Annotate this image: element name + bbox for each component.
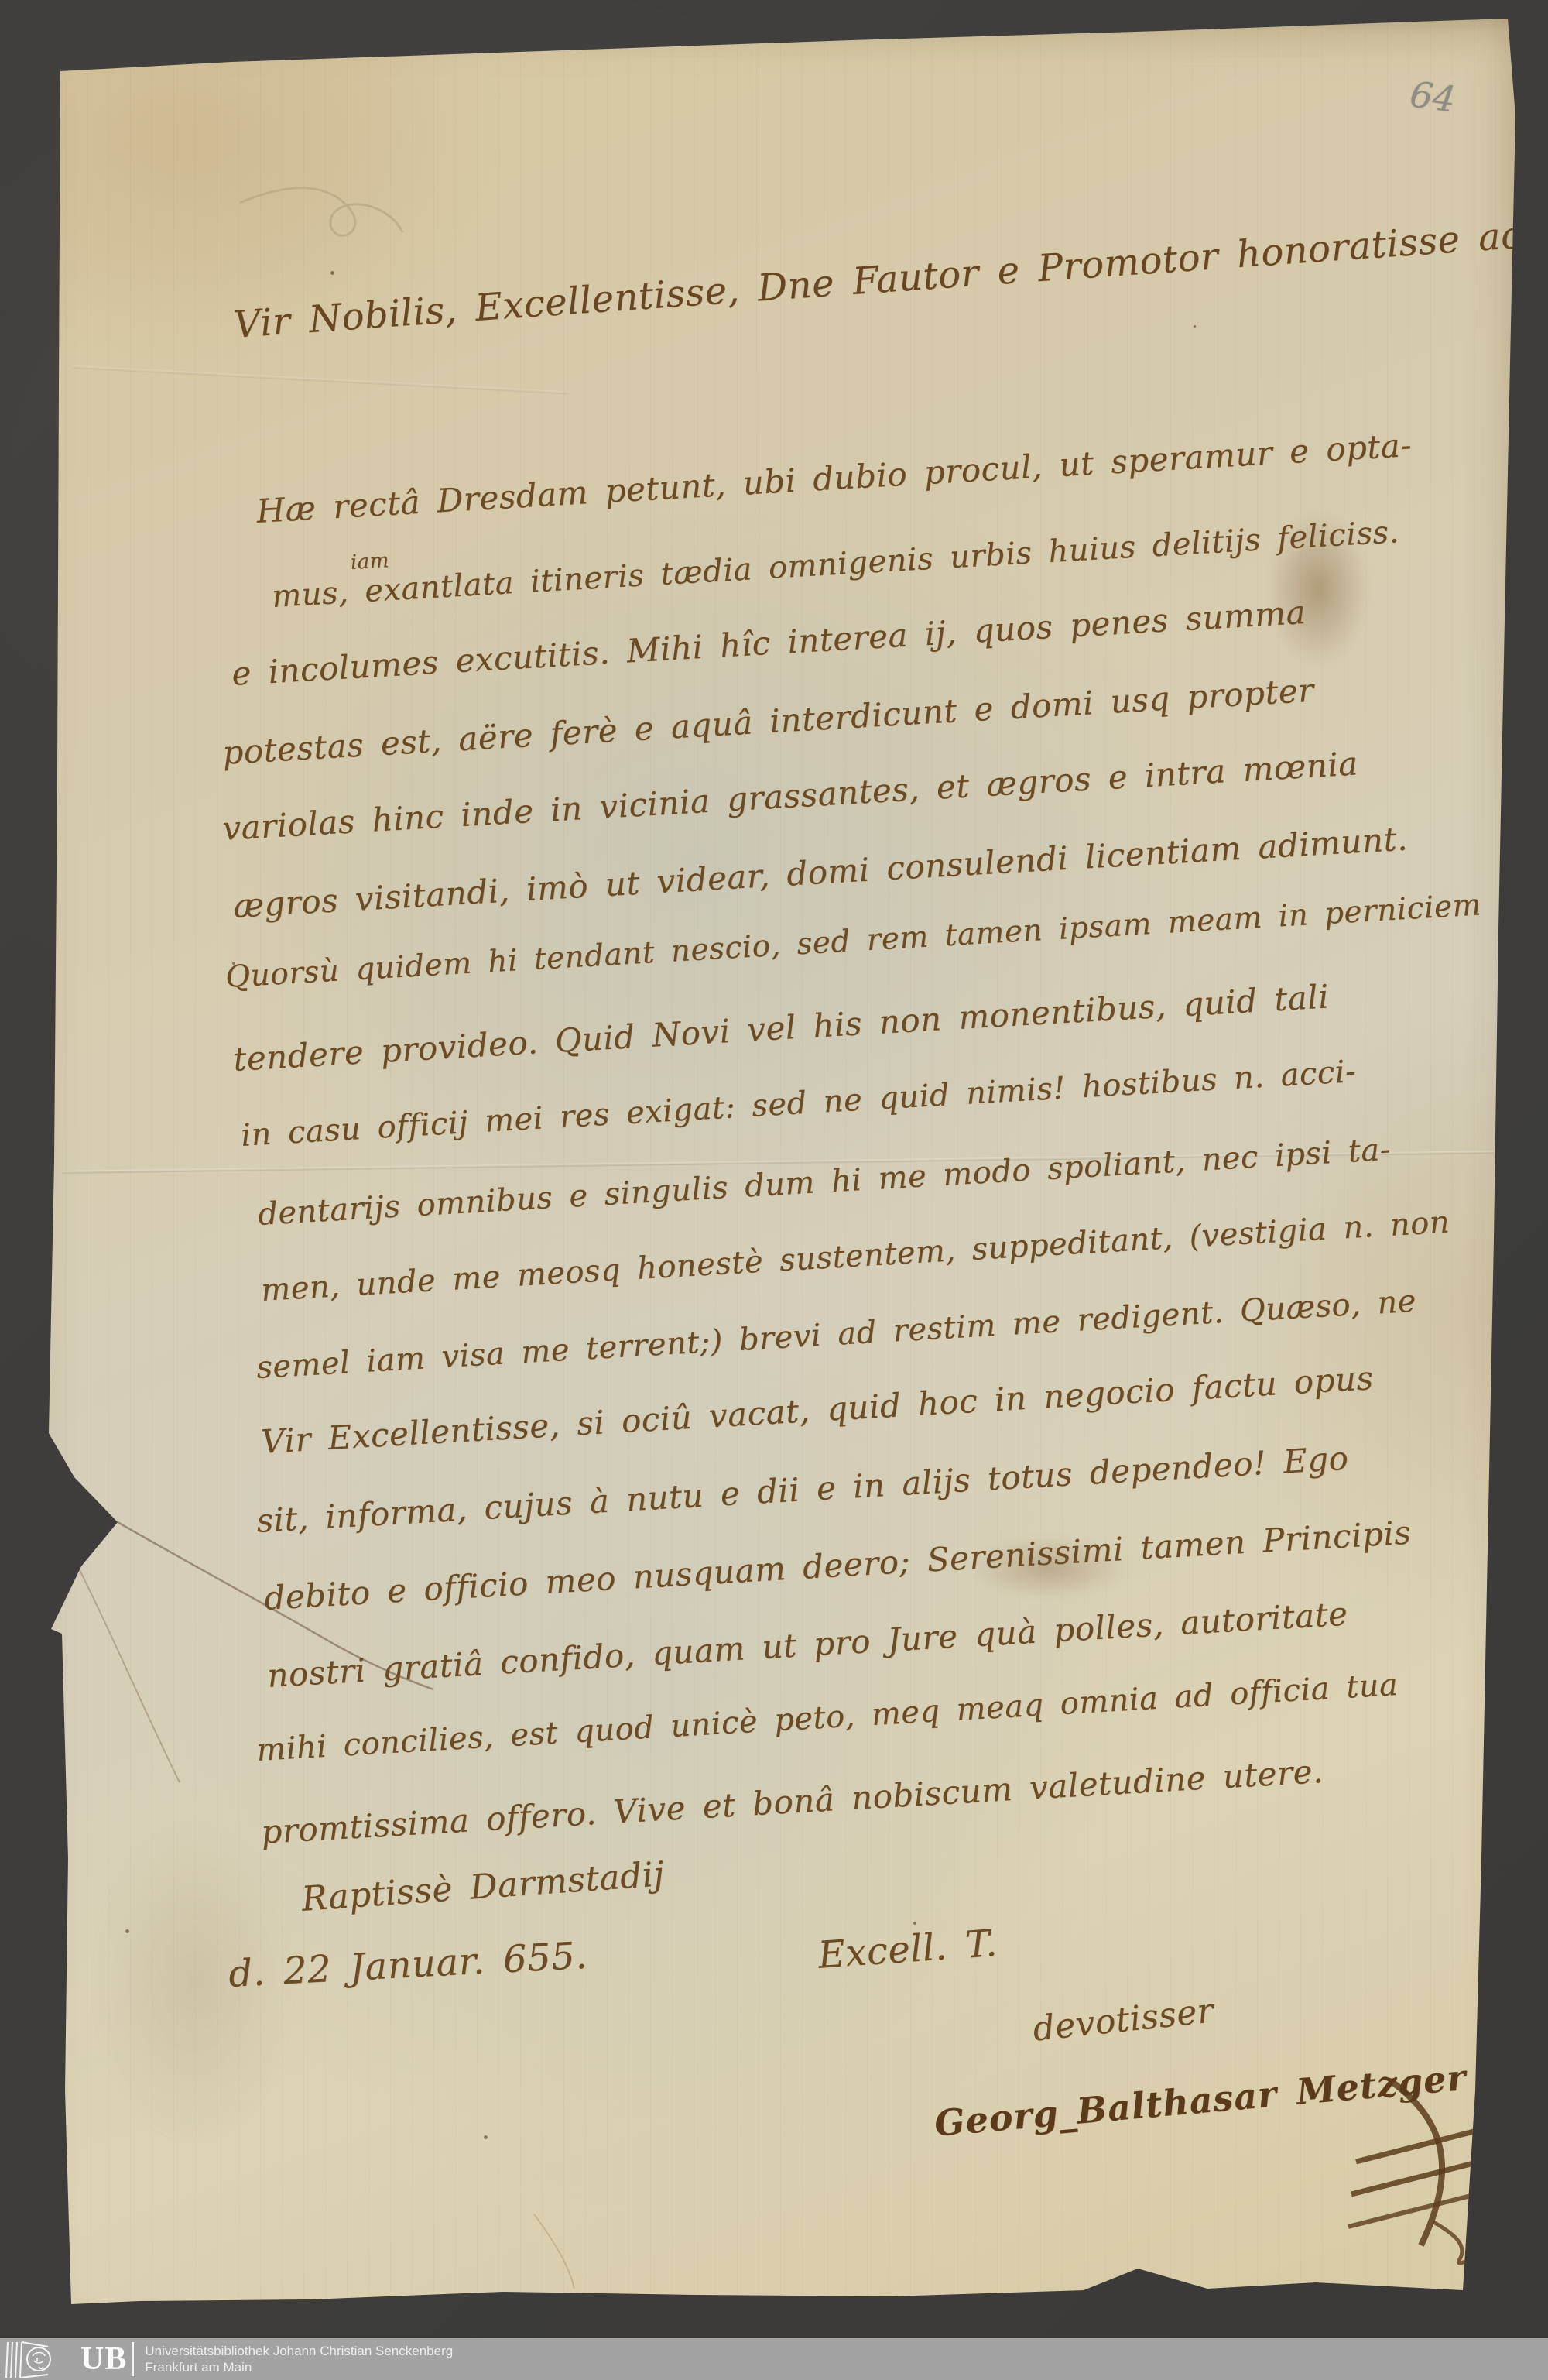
ub-logo: UB xyxy=(5,2338,134,2380)
ub-logo-graphic xyxy=(5,2339,76,2379)
logo-divider xyxy=(132,2342,134,2376)
page-number-pencil: 64 xyxy=(1408,73,1458,121)
institution-city: Frankfurt am Main xyxy=(145,2359,453,2375)
scan-background: { "page": { "number_pencil": "64" }, "le… xyxy=(0,0,1548,2380)
manuscript-line: promtissima offero. Vive et bonâ nobiscu… xyxy=(260,1752,1324,1851)
institution-name: Universitätsbibliothek Johann Christian … xyxy=(145,2343,453,2359)
foxing-speck xyxy=(33,926,37,931)
insertion-word: iam xyxy=(350,549,390,574)
signature-name: Georg_Balthasar Metzger D xyxy=(933,2052,1519,2145)
valediction-devotion: devotisser xyxy=(1031,1991,1216,2049)
library-watermark-bar: UB Universitätsbibliothek Johann Christi… xyxy=(0,2338,1548,2380)
manuscript-line: e incolumes excutitis. Mihi hîc interea … xyxy=(231,593,1307,693)
paper-fibre-mark xyxy=(534,2214,574,2289)
foxing-speck xyxy=(125,1929,129,1933)
manuscript-line: tendere provideo. Quid Novi vel his non … xyxy=(232,977,1330,1079)
valediction-abbreviation: Excell. T. xyxy=(817,1922,998,1977)
manuscript-line: sit, informa, cujus à nutu e dii e in al… xyxy=(255,1439,1350,1540)
paper-tear-crack-lower xyxy=(80,1570,180,1782)
manuscript-page: 64 Vir Nobilis, Excellentisse, Dne Fauto… xyxy=(0,0,1548,2380)
pencil-squiggle xyxy=(240,188,402,236)
manuscript-line: Hæ rectâ Dresdam petunt, ubi dubio procu… xyxy=(255,426,1413,530)
institution-text: Universitätsbibliothek Johann Christian … xyxy=(145,2343,453,2375)
manuscript-line: in casu officij mei res exigat: sed ne q… xyxy=(240,1054,1357,1154)
fold-crease-faint xyxy=(74,365,568,394)
foxing-speck xyxy=(484,2135,488,2139)
dateline-date: d. 22 Januar. 655. xyxy=(228,1934,588,1996)
foxing-speck xyxy=(330,271,334,275)
foxing-speck xyxy=(1194,325,1196,328)
fold-crease-vertical xyxy=(755,46,757,480)
salutation-line: Vir Nobilis, Excellentisse, Dne Fautor e… xyxy=(232,214,1523,347)
dateline-place: Raptissè Darmstadij xyxy=(300,1854,666,1919)
ub-logo-text: UB xyxy=(80,2343,127,2375)
foxing-speck xyxy=(913,1922,916,1925)
